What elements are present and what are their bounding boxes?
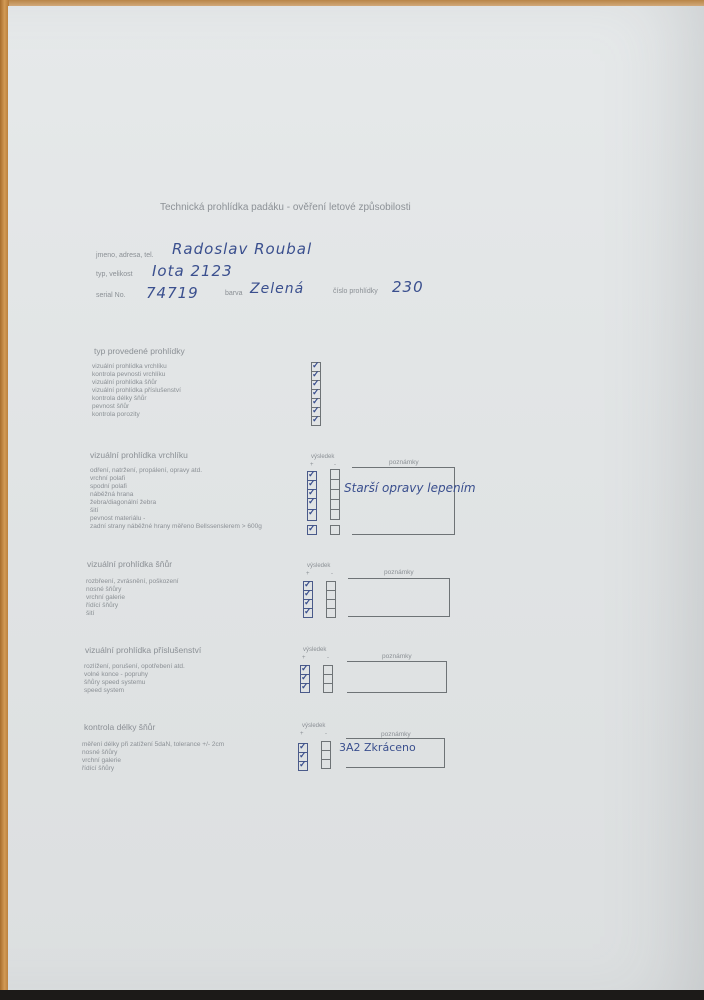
section-inspection-type-items: vizuální prohlídka vrchlíku kontrola pev… [92,363,181,419]
list-item: náběžná hrana [90,491,262,499]
list-item: volné konce - popruhy [84,671,185,679]
plus-label: + [300,731,304,737]
desk-surface-bottom [0,990,704,1000]
canopy-minus-checks [330,469,340,519]
lines-minus-checks [326,581,336,617]
accessories-notes-box[interactable] [347,661,447,693]
section-inspection-type-title: typ provedené prohlídky [94,346,185,356]
list-item: pevnost materiálu - [90,515,262,523]
list-item: nosné šňůry [82,749,224,757]
section-inspection-type-checks [311,362,321,425]
accessories-plus-checks [300,665,310,692]
plus-label: + [302,655,306,661]
checkbox[interactable] [311,416,321,426]
line-length-minus-checks [321,741,331,768]
checkbox[interactable] [321,759,331,769]
list-item: nosné šňůry [86,586,179,594]
section-accessories-title: vizuální prohlídka příslušenství [85,645,201,655]
name-label: jmeno, adresa, tel. [96,252,154,259]
minus-label: - [327,655,329,661]
checkbox[interactable] [298,761,308,771]
inspection-number-value[interactable]: 230 [392,278,424,296]
checkbox[interactable] [300,683,310,693]
color-label: barva [225,290,243,297]
list-item: zadní strany náběžné hrany měřeno Bellss… [90,523,262,531]
plus-label: + [306,571,310,577]
list-item: šití [86,610,179,618]
list-item: řídící šňůry [82,765,224,773]
list-item: šití [90,507,262,515]
checkbox[interactable] [326,608,336,618]
minus-label: - [334,462,336,468]
list-item: rozbřeení, zvrásnění, poškození [86,578,179,586]
canopy-notes-box[interactable] [352,467,455,535]
lines-notes-box[interactable] [348,578,450,617]
type-value[interactable]: Iota 2123 [152,262,233,280]
list-item: kontrola délky šňůr [92,395,181,403]
canopy-strength-minus-check [330,525,340,534]
color-value[interactable]: Zelená [250,281,304,297]
minus-label: - [325,731,327,737]
checkbox[interactable] [307,509,317,521]
section-line-length-title: kontrola délky šňůr [84,722,155,732]
serial-value[interactable]: 74719 [146,284,199,302]
section-canopy-title: vizuální prohlídka vrchlíku [90,450,188,460]
accessories-minus-checks [323,665,333,692]
serial-label: serial No. [96,292,126,299]
list-item: vrchní galerie [82,757,224,765]
minus-label: - [331,571,333,577]
notes-label: poznámky [389,459,419,466]
list-item: vrchní polafi [90,475,262,483]
list-item: pevnost šňůr [92,403,181,411]
checkbox[interactable] [303,608,313,618]
canopy-plus-checks [307,471,317,520]
document-title: Technická prohlídka padáku - ověření let… [160,202,411,213]
plus-label: + [310,462,314,468]
checkbox[interactable] [330,509,340,520]
list-item: odření, natržení, propálení, opravy atd. [90,467,262,475]
notes-label: poznámky [382,653,412,660]
canopy-notes-text[interactable]: Starší opravy lepením [344,481,476,495]
checkbox[interactable] [323,683,333,693]
list-item: kontrola porozity [92,411,181,419]
list-item: spodní polafi [90,483,262,491]
line-length-plus-checks [298,743,308,770]
list-item: kontrola pevnosti vrchlíku [92,371,181,379]
list-item: řídící šňůry [86,602,179,610]
section-lines-items: rozbřeení, zvrásnění, poškození nosné šň… [86,578,179,618]
list-item: vizuální prohlídka vrchlíku [92,363,181,371]
result-label: výsledek [302,723,325,729]
result-label: výsledek [307,563,330,569]
list-item: vizuální prohlídka příslušenství [92,387,181,395]
list-item: vizuální prohlídka šňůr [92,379,181,387]
section-canopy-items: odření, natržení, propálení, opravy atd.… [90,467,262,531]
list-item: speed system [84,687,185,695]
section-line-length-items: měření délky při zatížení 5daN, toleranc… [82,741,224,773]
inspection-number-label: číslo prohlídky [333,288,378,295]
list-item: žebra/diagonální žebra [90,499,262,507]
notes-label: poznámky [384,569,414,576]
list-item: rozlížení, porušení, opotřebení atd. [84,663,185,671]
list-item: šňůry speed systemu [84,679,185,687]
lines-plus-checks [303,581,313,617]
notes-label: poznámky [381,731,411,738]
result-label: výsledek [303,647,326,653]
canopy-strength-plus-check [307,525,317,534]
type-label: typ, velikost [96,271,133,278]
list-item: měření délky při zatížení 5daN, toleranc… [82,741,224,749]
line-length-notes-text[interactable]: 3A2 Zkráceno [339,741,416,754]
name-value[interactable]: Radoslav Roubal [172,240,312,258]
checkbox[interactable] [330,525,340,535]
section-accessories-items: rozlížení, porušení, opotřebení atd. vol… [84,663,185,695]
list-item: vrchní galerie [86,594,179,602]
result-label: výsledek [311,454,334,460]
section-lines-title: vizuální prohlídka šňůr [87,559,172,569]
checkbox[interactable] [307,525,317,535]
